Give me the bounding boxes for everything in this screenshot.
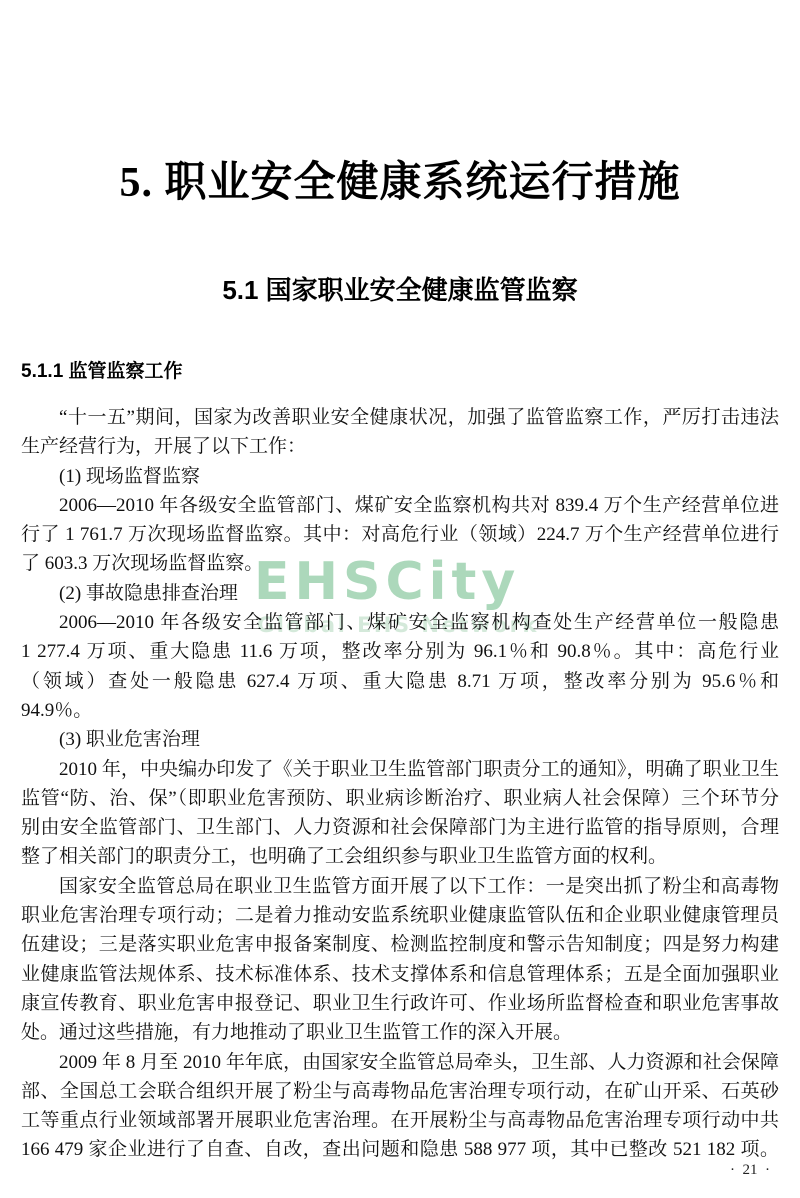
body-line: 1 277.4 万项、重大隐患 11.6 万项，整改率分别为 96.1％和 90… [21,637,779,666]
body-line: 康宣传教育、职业危害申报登记、职业卫生行政许可、作业场所监督检查和职业危害事故查 [21,989,779,1018]
paragraph: 2010 年，中央编办印发了《关于职业卫生监管部门职责分工的通知》，明确了职业卫… [21,755,779,872]
paragraph: 2009 年 8 月至 2010 年年底，由国家安全监管总局牵头，卫生部、人力资… [21,1048,779,1165]
body-line: 2010 年，中央编办印发了《关于职业卫生监管部门职责分工的通知》，明确了职业卫… [21,755,779,784]
body-line: 部、全国总工会联合组织开展了粉尘与高毒物品危害治理专项行动，在矿山开采、石英砂加 [21,1077,779,1106]
page-number: · 21 · [730,1161,770,1181]
subsection-heading: 5.1.1 监管监察工作 [21,360,183,385]
body-line: (1) 现场监督监察 [21,462,779,491]
body-line: 了 603.3 万次现场监督监察。 [21,549,779,578]
body-line: 职业危害治理专项行动；二是着力推动安监系统职业健康监管队伍和企业职业健康管理员队 [21,901,779,930]
body-line: 国家安全监管总局在职业卫生监管方面开展了以下工作：一是突出抓了粉尘和高毒物品 [21,872,779,901]
body-line: 2009 年 8 月至 2010 年年底，由国家安全监管总局牵头，卫生部、人力资… [21,1048,779,1077]
body-line: 工等重点行业领域部署开展职业危害治理。在开展粉尘与高毒物品危害治理专项行动中共有 [21,1106,779,1135]
chapter-title: 5. 职业安全健康系统运行措施 [0,156,800,211]
body-line: 处。通过这些措施，有力地推动了职业卫生监管工作的深入开展。 [21,1018,779,1047]
body-line: 94.9％。 [21,696,779,725]
body-line: （领域）查处一般隐患 627.4 万项、重大隐患 8.71 万项，整改率分别为 … [21,667,779,696]
body-line: 行了 1 761.7 万次现场监督监察。其中：对高危行业（领域）224.7 万个… [21,520,779,549]
paragraph: “十一五”期间，国家为改善职业安全健康状况，加强了监管监察工作，严厉打击违法生产… [21,403,779,462]
body-line: 2006—2010 年各级安全监管部门、煤矿安全监察机构查处生产经营单位一般隐患 [21,608,779,637]
paragraph: 国家安全监管总局在职业卫生监管方面开展了以下工作：一是突出抓了粉尘和高毒物品职业… [21,872,779,1048]
document-page: EHSCity Global EHS Network 5. 职业安全健康系统运行… [0,0,800,1198]
paragraph: 2006—2010 年各级安全监管部门、煤矿安全监察机构查处生产经营单位一般隐患… [21,608,779,725]
body-line: (3) 职业危害治理 [21,725,779,754]
paragraph: (3) 职业危害治理 [21,725,779,754]
section-title: 5.1 国家职业安全健康监管监察 [0,274,800,308]
paragraph: (2) 事故隐患排查治理 [21,579,779,608]
body-line: 业健康监管法规体系、技术标准体系、技术支撑体系和信息管理体系；五是全面加强职业健 [21,960,779,989]
body-line: (2) 事故隐患排查治理 [21,579,779,608]
body-line: 生产经营行为，开展了以下工作： [21,432,779,461]
body-text: “十一五”期间，国家为改善职业安全健康状况，加强了监管监察工作，严厉打击违法生产… [21,403,779,1165]
body-line: 2006—2010 年各级安全监管部门、煤矿安全监察机构共对 839.4 万个生… [21,491,779,520]
body-line: 伍建设；三是落实职业危害申报备案制度、检测监控制度和警示告知制度；四是努力构建职 [21,930,779,959]
body-line: 监管“防、治、保”（即职业危害预防、职业病诊断治疗、职业病人社会保障）三个环节分 [21,784,779,813]
body-line: 别由安全监管部门、卫生部门、人力资源和社会保障部门为主进行监管的指导原则，合理调 [21,813,779,842]
paragraph: (1) 现场监督监察 [21,462,779,491]
body-line: 166 479 家企业进行了自查、自改，查出问题和隐患 588 977 项，其中… [21,1135,779,1164]
body-line: 整了相关部门的职责分工，也明确了工会组织参与职业卫生监管方面的权利。 [21,842,779,871]
body-line: “十一五”期间，国家为改善职业安全健康状况，加强了监管监察工作，严厉打击违法 [21,403,779,432]
paragraph: 2006—2010 年各级安全监管部门、煤矿安全监察机构共对 839.4 万个生… [21,491,779,579]
